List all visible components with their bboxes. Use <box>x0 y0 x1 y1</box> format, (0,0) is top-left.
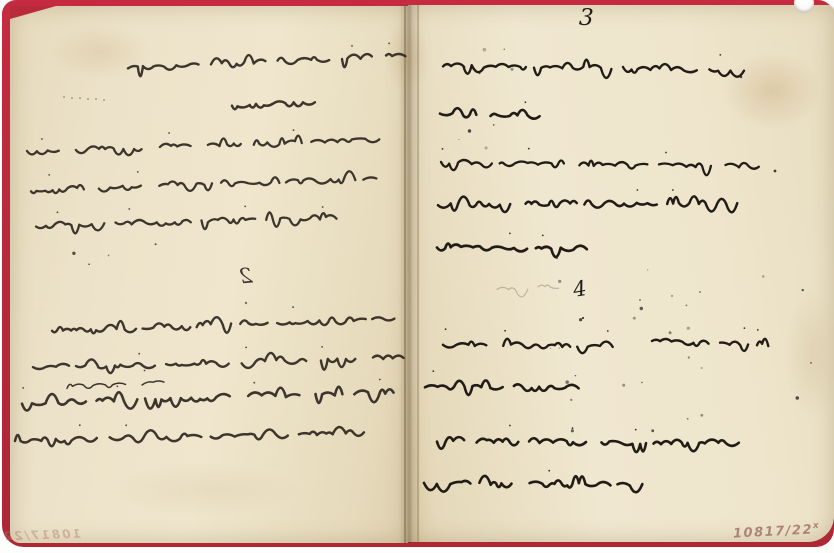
ink-dot <box>79 424 81 426</box>
ink-dot <box>514 65 515 66</box>
ink-dot <box>48 174 50 176</box>
handwriting-line <box>497 287 528 297</box>
handwriting-overlay <box>0 0 834 553</box>
ink-dot <box>495 65 497 67</box>
ink-dot <box>647 269 648 270</box>
ink-dot <box>637 189 639 191</box>
handwriting-line <box>33 353 404 373</box>
ink-dot <box>509 233 511 235</box>
handwriting-line <box>538 285 559 288</box>
ink-dot <box>322 206 324 208</box>
ink-dot <box>442 148 444 150</box>
ink-dot <box>116 386 118 388</box>
ink-dot <box>802 289 804 291</box>
ink-dot <box>548 470 550 472</box>
ink-dot <box>639 299 641 301</box>
ink-dot <box>558 347 560 349</box>
ink-dot <box>379 379 381 381</box>
ink-dot <box>575 375 577 377</box>
handwriting-line <box>36 212 337 233</box>
catalog-inscription-mirrored-bleed: 10817/22 <box>2 527 81 544</box>
handwriting-line <box>128 54 405 76</box>
ink-dot <box>810 362 812 364</box>
handwriting-line <box>441 160 759 175</box>
ink-dot <box>556 257 558 259</box>
ink-dot <box>79 97 81 99</box>
ink-dot <box>622 384 625 387</box>
ink-dot <box>168 132 170 134</box>
ink-dot <box>72 252 75 255</box>
ink-dot <box>700 414 703 417</box>
ink-dot <box>687 327 690 330</box>
handwriting-line <box>443 60 744 78</box>
ink-dot <box>744 327 746 329</box>
ink-dot <box>87 98 89 100</box>
ink-dot <box>665 152 667 154</box>
ink-dot <box>71 97 73 99</box>
ink-dot <box>672 189 674 191</box>
ink-dot <box>651 429 654 432</box>
ink-dot <box>671 295 672 296</box>
ink-dot <box>542 235 544 237</box>
ink-dot <box>570 399 572 401</box>
ink-dot <box>293 129 295 131</box>
handwriting-line <box>31 171 376 193</box>
ink-dot <box>458 139 459 140</box>
handwriting-line <box>440 108 540 119</box>
ink-dot <box>504 49 506 51</box>
ink-dot <box>468 129 471 132</box>
ink-dot <box>565 380 569 384</box>
ink-dot <box>479 73 481 75</box>
ink-dot <box>493 124 495 126</box>
ink-dot <box>63 96 65 98</box>
handwriting-line <box>652 339 768 351</box>
ink-dot <box>607 330 609 332</box>
ink-dot <box>504 330 506 332</box>
ink-dot <box>95 98 97 100</box>
handwriting-line <box>52 317 394 333</box>
handwriting-line <box>22 387 394 411</box>
ink-dot <box>41 138 43 140</box>
ink-dot <box>321 346 323 348</box>
right-page-number: 3 <box>579 5 595 31</box>
ink-dot <box>633 317 636 320</box>
ink-dot <box>88 263 90 265</box>
handwriting-line <box>438 196 737 212</box>
ink-dot <box>138 353 140 355</box>
ink-dot <box>351 45 353 47</box>
ink-dot <box>686 305 688 307</box>
ink-dot <box>699 291 701 293</box>
handwriting-line <box>425 380 579 395</box>
ink-dot <box>701 367 703 369</box>
ink-dot <box>432 370 434 372</box>
left-section-number-mirrored: 2 <box>238 263 253 288</box>
manuscript-photo: 3 4 2 10817/22x 10817/22 <box>0 0 834 553</box>
ink-dot <box>244 206 246 208</box>
handwriting-line <box>15 427 364 446</box>
ink-dot <box>388 43 390 45</box>
ink-dot <box>245 347 247 349</box>
ink-dot <box>510 68 513 71</box>
ink-dot <box>483 48 487 52</box>
handwriting-line <box>424 476 642 492</box>
handwriting-line <box>232 101 315 109</box>
ink-dot <box>740 76 742 78</box>
ink-dot <box>669 331 672 334</box>
handwriting-line <box>443 339 613 353</box>
ink-dot <box>796 396 799 399</box>
ink-dot <box>144 370 146 372</box>
ink-dot <box>57 211 59 213</box>
handwriting-line <box>27 136 379 156</box>
ink-dot <box>528 148 530 150</box>
ink-dot <box>688 356 690 358</box>
ink-dot <box>558 280 561 283</box>
ink-dot <box>485 146 488 149</box>
ink-dot <box>579 318 582 321</box>
ink-dot <box>155 243 157 245</box>
ink-dot <box>253 382 255 384</box>
ink-dot <box>635 429 637 431</box>
ink-dot <box>22 387 24 389</box>
ink-dot <box>128 208 130 210</box>
ink-dot <box>464 66 466 68</box>
ink-dot <box>774 170 777 173</box>
ink-dot <box>687 418 689 420</box>
ink-dot <box>245 302 247 304</box>
ink-dot <box>641 382 642 383</box>
ink-dot <box>125 424 127 426</box>
ink-dot <box>525 101 527 103</box>
ink-dot <box>757 329 759 331</box>
ink-dot <box>445 328 447 330</box>
ink-dot <box>509 425 511 427</box>
ink-dot <box>292 306 294 308</box>
handwriting-line <box>437 437 739 452</box>
ink-dot <box>572 427 574 429</box>
ink-dot <box>108 255 110 257</box>
ink-dot <box>571 429 574 432</box>
catalog-mark: x <box>813 521 821 531</box>
handwriting-line <box>437 244 587 257</box>
handwriting-line <box>67 381 164 388</box>
ink-dot <box>582 317 584 319</box>
ink-dot <box>103 99 105 101</box>
ink-dot <box>640 307 643 310</box>
ink-dot <box>550 348 551 349</box>
ink-dot <box>762 275 764 277</box>
ink-dot <box>719 54 721 56</box>
ink-dot <box>137 171 139 173</box>
